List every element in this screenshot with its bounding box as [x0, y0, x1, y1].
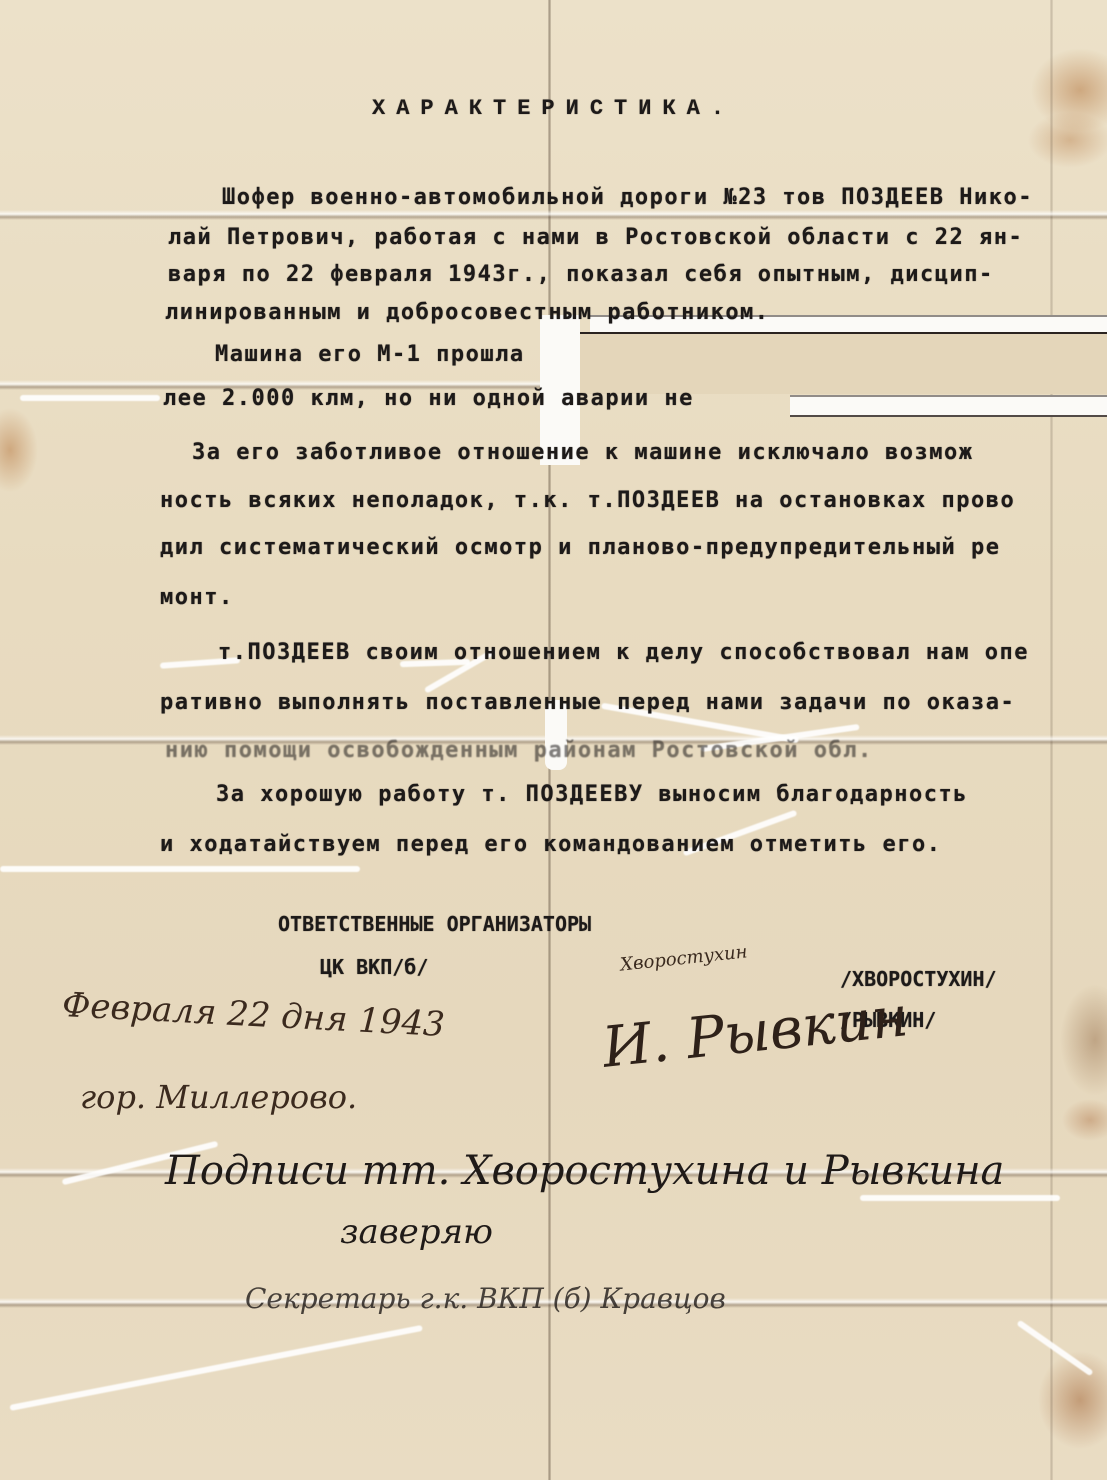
body-line: ность всяких неполадок, т.к. т.ПОЗДЕЕВ н…	[160, 488, 1015, 513]
document-title: ХАРАКТЕРИСТИКА.	[372, 96, 735, 121]
body-line: лее 2.000 клм, но ни одной аварии не	[163, 386, 694, 411]
body-line: монт.	[160, 585, 234, 610]
tape-glare	[860, 1195, 1060, 1201]
body-line: дил систематический осмотр и планово-пре…	[160, 535, 1000, 560]
body-line: варя по 22 февраля 1943г., показал себя …	[168, 262, 994, 287]
body-line: линированным и добросовестным работником…	[165, 300, 770, 325]
body-line: т.ПОЗДЕЕВ своим отношением к делу способ…	[218, 640, 1029, 665]
tape-glare	[0, 866, 360, 872]
handwritten-secretary-signature: Секретарь г.к. ВКП (б) Кравцов	[245, 1282, 726, 1315]
tear-damage	[790, 395, 1107, 417]
horizontal-fold-line	[0, 210, 1107, 220]
signatory-organization: ЦК ВКП/б/	[320, 955, 428, 979]
handwritten-certification-line: Подписи тт. Хворостухина и Рывкина	[165, 1148, 1004, 1194]
tape-glare	[20, 395, 160, 401]
body-line: лай Петрович, работая с нами в Ростовско…	[168, 225, 1023, 250]
signatory-role: ОТВЕТСТВЕННЫЕ ОРГАНИЗАТОРЫ	[278, 912, 591, 936]
torn-paper-flap	[580, 332, 1107, 394]
handwritten-place: гор. Миллерово.	[80, 1078, 357, 1116]
body-line: Шофер военно-автомобильной дороги №23 то…	[222, 185, 1033, 210]
body-line: и ходатайствуем перед его командованием …	[160, 832, 942, 857]
body-line: За хорошую работу т. ПОЗДЕЕВУ выносим бл…	[216, 782, 968, 807]
body-line: ративно выполнять поставленные перед нам…	[160, 690, 1015, 715]
body-line: нию помощи освобожденным районам Ростовс…	[165, 738, 873, 763]
handwritten-certify-word: заверяю	[340, 1212, 493, 1252]
body-line: За его заботливое отношение к машине иск…	[192, 440, 974, 465]
body-line: Машина его М-1 прошла	[215, 342, 525, 367]
